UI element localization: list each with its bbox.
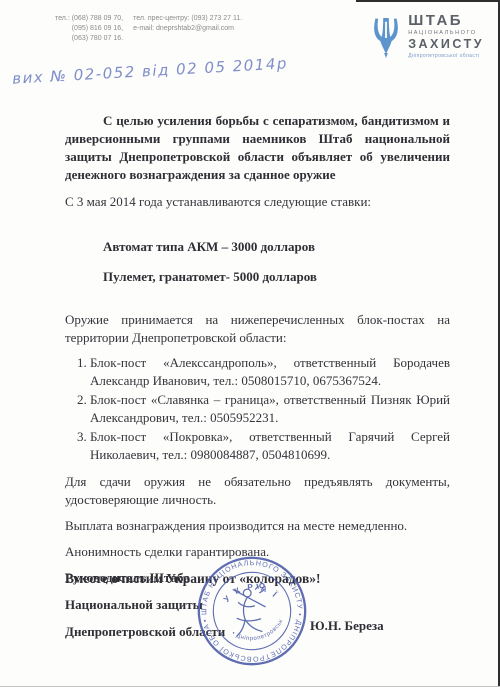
checkpoints-intro: Оружие принимается на нижеперечисленных …	[65, 311, 450, 347]
document-page: тел.: (068) 788 09 70, (095) 816 09 16, …	[0, 0, 500, 687]
press-phone-line: тел. прес-центру: (093) 273 27 11.	[133, 14, 242, 24]
list-item-text: Блок-пост «Покровка», ответственный Гаря…	[90, 428, 450, 464]
logo-text-block: ШТАБ НАЦІОНАЛЬНОГО ЗАХИСТУ Дніпропетровс…	[408, 13, 484, 60]
logo-region: Дніпропетровської області	[408, 52, 484, 60]
note-documents: Для сдачи оружия не обязательно предъявл…	[65, 473, 450, 509]
signer-name: Ю.Н. Береза	[310, 618, 384, 634]
trident-icon	[371, 15, 401, 61]
list-item-text: Блок-пост «Славянка – граница», ответств…	[90, 391, 450, 427]
logo-title: ШТАБ	[408, 13, 484, 29]
list-item-number: 1.	[77, 354, 90, 390]
phone-line: тел.: (068) 788 09 70,	[55, 14, 123, 24]
intro-paragraph: С целью усиления борьбы с сепаратизмом, …	[65, 112, 450, 184]
phone-list: тел.: (068) 788 09 70, (095) 816 09 16, …	[55, 14, 123, 44]
official-stamp: • ШТАБ НАЦІОНАЛЬНОГО ЗАХИСТУ • ДНІПРОПЕТ…	[194, 553, 310, 669]
effective-date-line: С 3 мая 2014 года устанавливаются следую…	[65, 193, 450, 211]
list-item: 1. Блок-пост «Алекссандрополь», ответств…	[65, 354, 450, 390]
org-logo: ШТАБ НАЦІОНАЛЬНОГО ЗАХИСТУ Дніпропетровс…	[371, 13, 484, 61]
stamp-outer-ring	[194, 553, 310, 669]
rate-machinegun: Пулемет, гранатомет- 5000 долларов	[103, 268, 450, 286]
checkpoint-list: 1. Блок-пост «Алекссандрополь», ответств…	[65, 354, 450, 464]
email-line: e-mail: dneprshtab2@gmail.com	[133, 24, 242, 34]
logo-title2: ЗАХИСТУ	[408, 37, 484, 52]
phone-line: (063) 780 07 16.	[55, 34, 123, 44]
scan-edge-top	[356, 0, 500, 2]
list-item-number: 3.	[77, 428, 90, 464]
header-contacts: тел.: (068) 788 09 70, (095) 816 09 16, …	[55, 14, 242, 44]
list-item: 3. Блок-пост «Покровка», ответственный Г…	[65, 428, 450, 464]
list-item: 2. Блок-пост «Славянка – граница», ответ…	[65, 391, 450, 427]
phone-line: (095) 816 09 16,	[55, 24, 123, 34]
letter-body: С целью усиления борьбы с сепаратизмом, …	[65, 112, 450, 588]
stamp-ring-text: • ШТАБ НАЦІОНАЛЬНОГО ЗАХИСТУ • ДНІПРОПЕТ…	[194, 553, 309, 669]
note-payment: Выплата вознаграждения производится на м…	[65, 517, 450, 535]
list-item-text: Блок-пост «Алекссандрополь», ответственн…	[90, 354, 450, 390]
list-item-number: 2.	[77, 391, 90, 427]
handwritten-registration-note: вих № 02-052 від 02 05 2014р	[12, 54, 289, 87]
press-contact-list: тел. прес-центру: (093) 273 27 11. e-mai…	[133, 14, 242, 44]
rate-akm: Автомат типа АКМ – 3000 долларов	[103, 238, 450, 256]
logo-subtitle: НАЦІОНАЛЬНОГО	[408, 29, 484, 37]
